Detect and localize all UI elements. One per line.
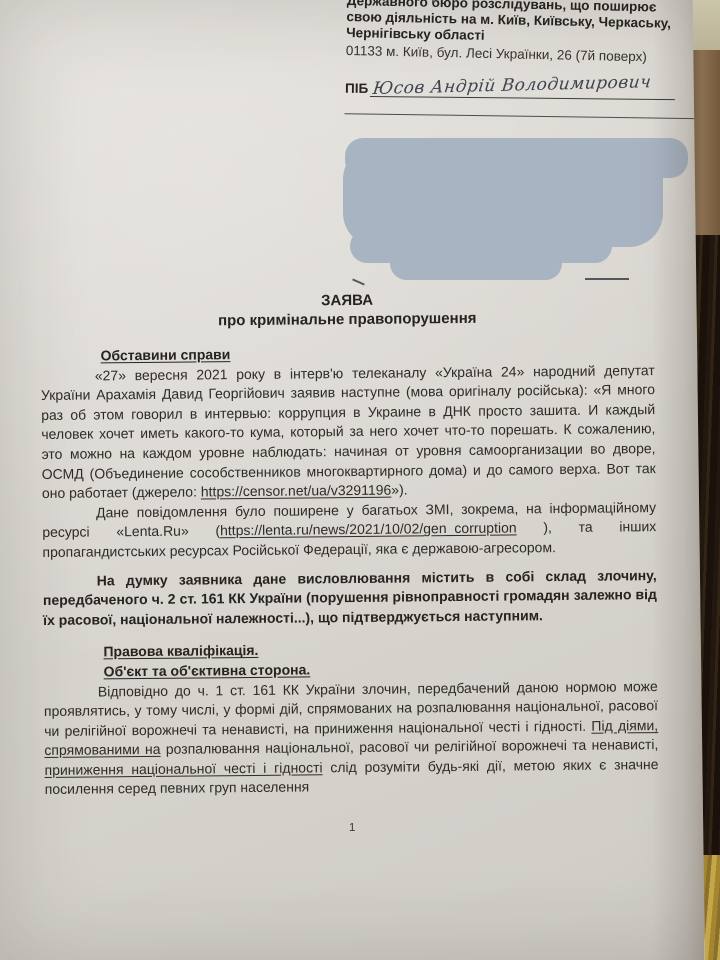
pib-label: ПІБ bbox=[345, 81, 368, 97]
recipient-block: Державного бюро розслідувань, що поширює… bbox=[344, 0, 682, 120]
redaction-blob bbox=[340, 133, 692, 285]
redaction-shape-lobe bbox=[390, 247, 562, 280]
paragraph-legal-underlined-2: приниження національної честі і гідності bbox=[44, 759, 322, 778]
pen-mark-right bbox=[585, 278, 629, 280]
pib-row: ПІБ Юсов Андрій Володимирович bbox=[345, 74, 675, 100]
paragraph-opinion: На думку заявника дане висловлювання міс… bbox=[43, 566, 658, 631]
blank-field-underline bbox=[344, 113, 700, 119]
document-title: ЗАЯВА про кримінальне правопорушення bbox=[40, 288, 654, 332]
paragraph-legal-a: Відповідно до ч. 1 ст. 161 КК України зл… bbox=[44, 678, 658, 739]
censor-net-link: https://censor.net/ua/v3291196 bbox=[201, 482, 392, 500]
paper-sheet: Державного бюро розслідувань, що поширює… bbox=[0, 0, 720, 960]
paragraph-statement-tail: »). bbox=[391, 482, 407, 498]
page-number: 1 bbox=[45, 816, 659, 841]
paragraph-statement-text: «27» вересня 2021 року в інтерв'ю телека… bbox=[41, 362, 656, 501]
handwritten-name: Юсов Андрій Володимирович bbox=[372, 74, 652, 97]
paragraph-legal: Відповідно до ч. 1 ст. 161 КК України зл… bbox=[44, 677, 659, 800]
paragraph-statement: «27» вересня 2021 року в інтерв'ю телека… bbox=[41, 361, 656, 504]
lenta-ru-link: https://lenta.ru/news/2021/10/02/gen_cor… bbox=[220, 520, 517, 539]
paragraph-media: Дане повідомлення було поширене у багать… bbox=[42, 498, 657, 563]
recipient-text: Державного бюро розслідувань, що поширює… bbox=[346, 0, 683, 48]
pib-underline: Юсов Андрій Володимирович bbox=[370, 74, 675, 100]
document-body: ЗАЯВА про кримінальне правопорушення Обс… bbox=[40, 288, 659, 842]
paragraph-legal-c: розпалювання національної, расової чи ре… bbox=[160, 736, 658, 757]
document-photo: Державного бюро розслідувань, що поширює… bbox=[0, 0, 720, 960]
